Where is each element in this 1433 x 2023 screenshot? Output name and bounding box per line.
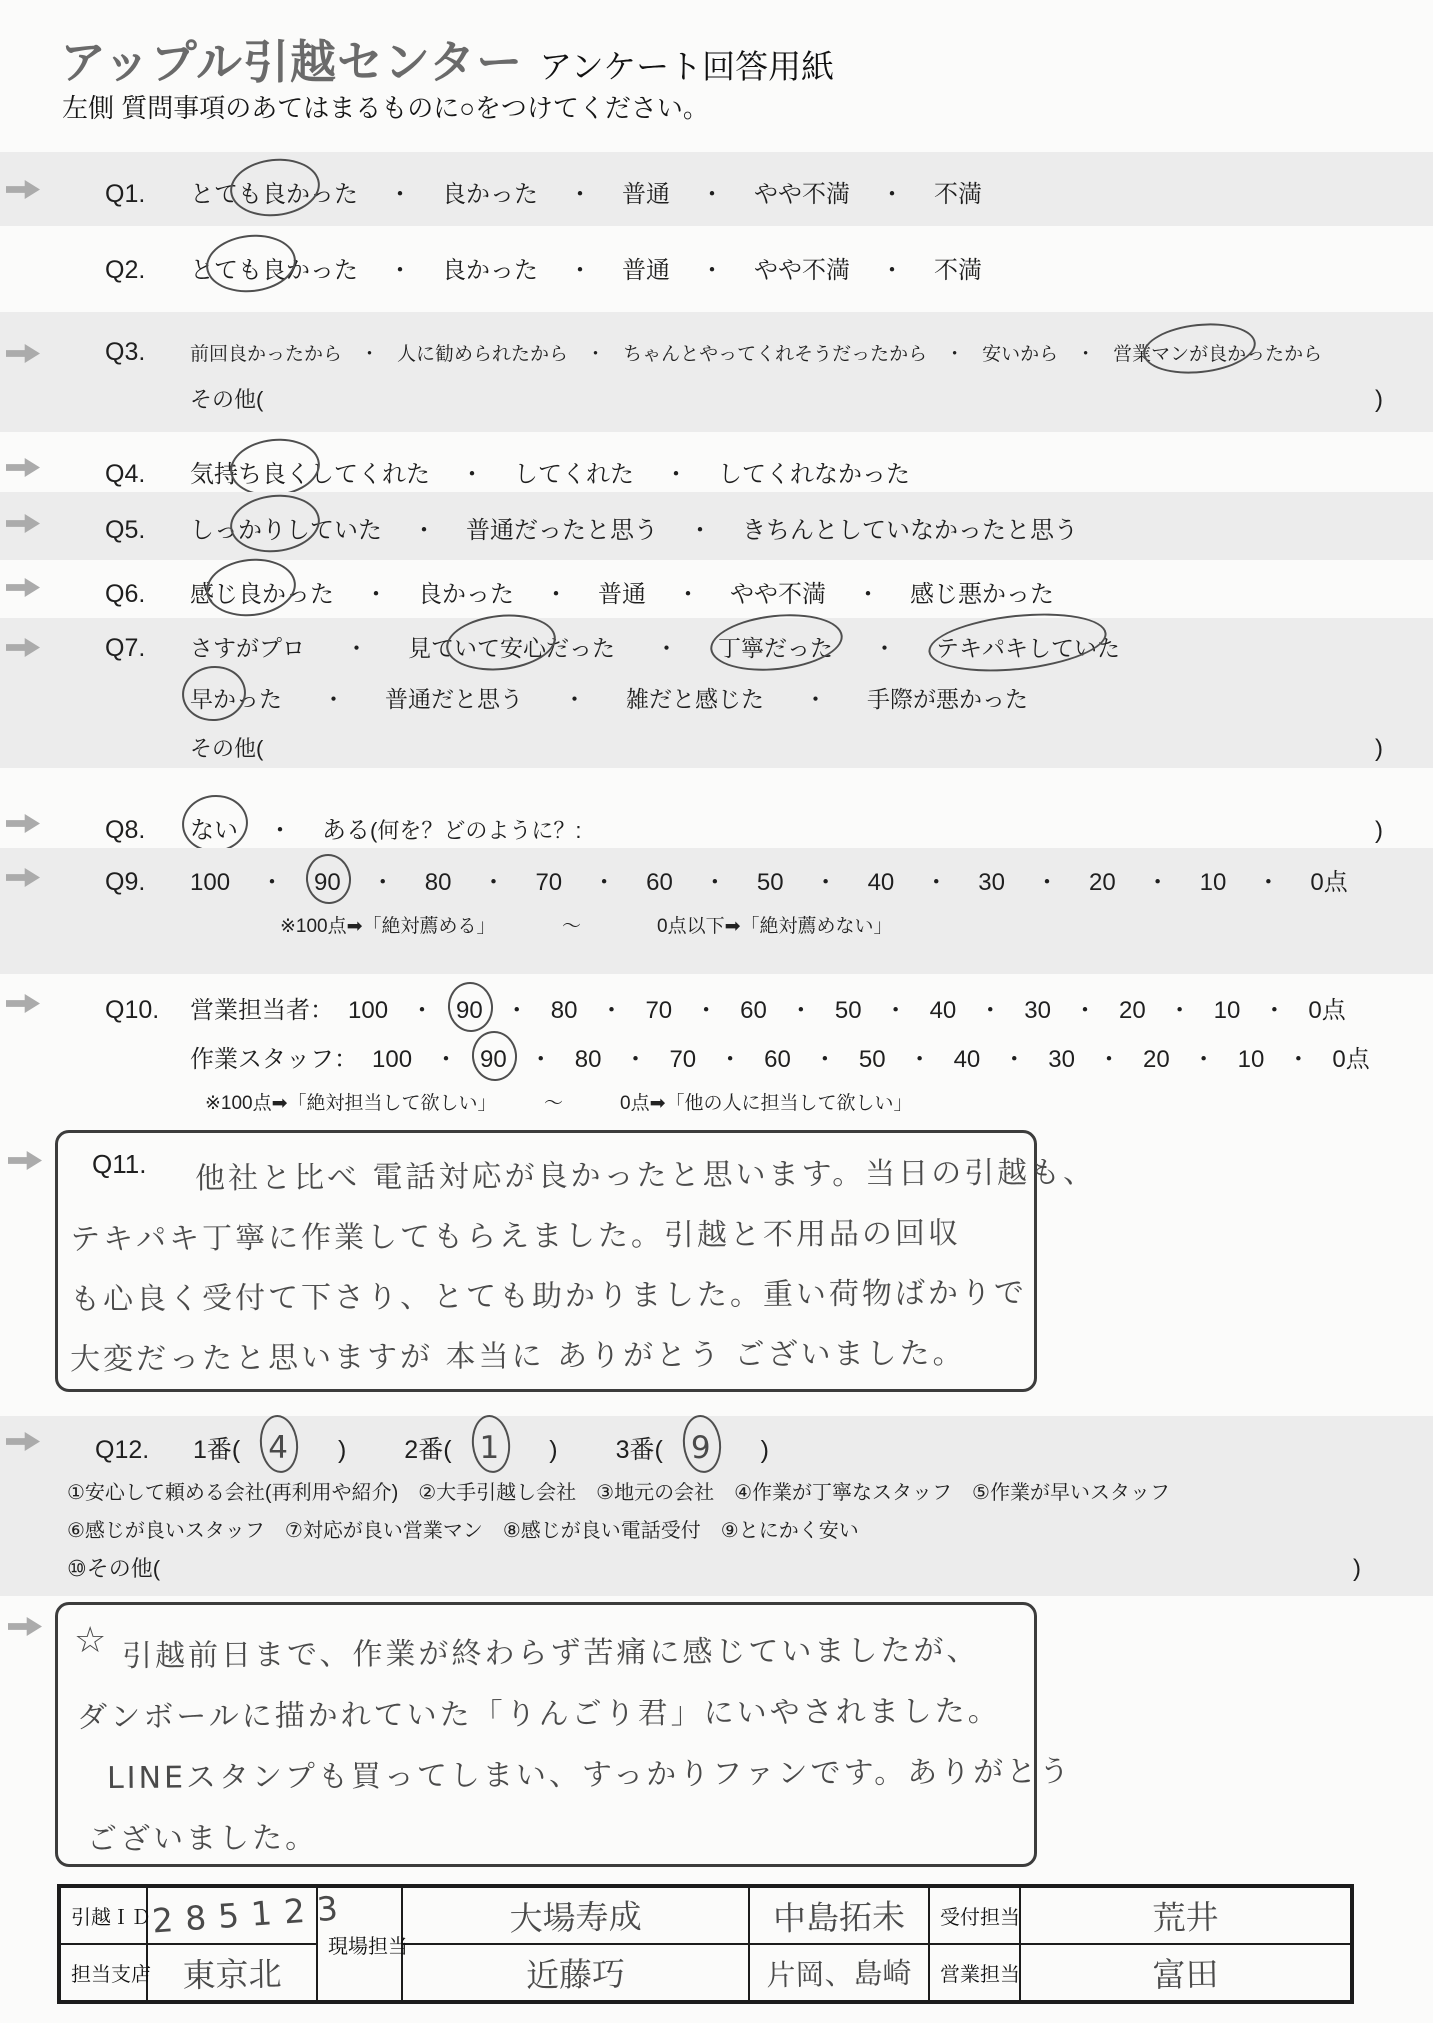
answer-option[interactable]: 40 [868,869,895,897]
pointer-arrow-icon [8,1151,42,1170]
option-separator: ・ [924,862,948,897]
pointer-arrow-icon [6,1432,40,1451]
option-separator: ・ [856,574,880,609]
option-separator: ・ [1146,862,1170,897]
question-row: Q2.とても良かった・良かった・普通・やや不満・不満 [105,250,1383,285]
question-row: Q1.とても良かった・良かった・普通・やや不満・不満 [105,174,1383,209]
option-separator: ・ [676,574,700,609]
question-q10: Q10.営業担当者：100・90・80・70・60・50・40・30・20・10… [0,984,1433,1124]
option-separator: ・ [410,990,434,1025]
option-separator: ・ [412,510,436,545]
pointer-arrow-icon [6,814,40,833]
pointer-arrow-icon [6,514,40,533]
option-separator: ・ [1262,990,1286,1025]
question-q7: Q7.さすがプロ・見ていて安心だった・丁寧だった・テキパキしていた早かった・普通… [0,618,1433,768]
answer-option[interactable]: 手際が悪かった [867,681,1028,714]
question-id: Q8. [105,816,190,845]
answer-option[interactable]: 安いから [982,339,1058,366]
option-separator: ・ [434,1039,458,1074]
pointer-arrow-icon [6,458,40,477]
answer-option[interactable]: 普通 [598,574,646,609]
answer-option[interactable]: ない [190,810,238,845]
close-paren: ) [1353,1550,1361,1588]
answer-option[interactable]: 0点 [1308,990,1345,1025]
answer-option[interactable]: 90 [456,997,483,1025]
question-q8: Q8.ない・ある(何を？どのように？:) [0,800,1433,848]
answer-option[interactable]: 気持ち良くしてくれた [190,454,430,489]
handwritten-circle-mark: ても良 [214,250,286,285]
site-staff-name: 片岡、島崎 [749,1942,930,2003]
q12-ranking-answers: 1番(4)2番(1)3番(9) [193,1430,827,1466]
question-q2: Q2.とても良かった・良かった・普通・やや不満・不満 [0,238,1433,294]
question-id: Q1. [105,180,190,209]
answer-option[interactable]: 丁寧だった [718,630,833,663]
scale-note: ※100点➡「絶対担当して欲しい」 ～ 0点➡「他の人に担当して欲しい」 [205,1088,913,1115]
option-separator: ・ [718,1039,742,1074]
free-handwritten-comment: 引越前日まで、作業が終わらず苦痛に感じていましたが、ダンボールに描かれていた「り… [72,1623,1014,1867]
answer-option[interactable]: 見ていて安心だった [408,630,615,663]
pointer-arrow-icon [6,344,40,363]
handwritten-line: LINEスタンプも買ってしまい、すっかりファンです。ありがとう [72,1742,1014,1810]
option-separator: ・ [1097,1039,1121,1074]
other-open: その他( [190,732,263,763]
q12-rank-answer[interactable]: 4 [268,1430,288,1466]
question-q6: Q6.感じ良かった・良かった・普通・やや不満・感じ悪かった [0,566,1433,612]
question-id: Q3. [105,338,190,367]
handwritten-line: ダンボールに描かれていた「りんごり君」にいやされました。 [72,1681,1014,1749]
answer-option[interactable]: 営業マンが良かったから [1113,339,1322,366]
handwritten-line: 引越前日まで、作業が終わらず苦痛に感じていましたが、 [72,1620,1014,1688]
answer-option[interactable]: 0点 [1310,862,1347,897]
sales-staff-value: 富田 [1020,1941,1353,2005]
answer-option[interactable]: 20 [1143,1046,1170,1074]
handwritten-circle-mark: マンが良か [1151,339,1246,366]
pointer-arrow-icon [6,180,40,199]
answer-option[interactable]: 20 [1119,997,1146,1025]
option-separator: ・ [880,174,904,209]
question-id: Q4. [105,460,190,489]
question-id: Q7. [105,634,190,663]
answer-option[interactable]: 50 [859,1046,886,1074]
answer-option[interactable]: 100 [190,869,230,897]
option-separator: ・ [694,990,718,1025]
table-row: 引越ＩＤ 285123 現場担当 大場寿成 中島拓未 受付担当 荒井 [59,1886,1352,1944]
option-separator: ・ [586,339,605,366]
reception-staff-label: 受付担当 [929,1886,1020,1944]
question-row: Q9.100・90・80・70・60・50・40・30・20・10・0点 [105,862,1383,897]
question-id: Q12. [95,1436,193,1465]
question-q1: Q1.とても良かった・良かった・普通・やや不満・不満 [0,152,1433,226]
q12-rank-label: 2番( [404,1436,451,1464]
q12-rank-label: 1番( [193,1436,240,1464]
q12-rank-answer[interactable]: 1 [480,1430,500,1466]
pointer-arrow-icon [6,994,40,1013]
option-separator: ・ [345,630,368,663]
handwritten-circle-mark: テキパキしてい [936,630,1097,663]
option-separator: ・ [322,681,345,714]
answer-option[interactable]: テキパキしていた [936,630,1120,663]
close-paren: ) [1375,386,1383,414]
answer-option[interactable]: 30 [1024,997,1051,1025]
answer-option[interactable]: 10 [1238,1046,1265,1074]
pointer-arrow-icon [6,868,40,887]
answer-option[interactable]: 10 [1214,997,1241,1025]
option-separator: ・ [1035,862,1059,897]
answer-option[interactable]: 普通だったと思う [466,510,658,545]
close-paren: ) [1375,817,1383,845]
answer-option[interactable]: やや不満 [754,174,850,209]
question-row: 早かった・普通だと思う・雑だと感じた・手際が悪かった [105,681,1383,714]
question-row: Q7.さすがプロ・見ていて安心だった・丁寧だった・テキパキしていた [105,630,1383,663]
staff-info-table: 引越ＩＤ 285123 現場担当 大場寿成 中島拓未 受付担当 荒井 担当支店 … [57,1884,1354,2004]
answer-option[interactable]: きちんとしていなかったと思う [742,510,1078,545]
sales-staff-label: 営業担当 [929,1944,1020,2002]
branch-value: 東京北 [147,1943,318,2004]
answer-option[interactable]: やや不満 [754,250,850,285]
option-separator: ・ [908,1039,932,1074]
option-separator: ・ [505,990,529,1025]
answer-option[interactable]: 50 [835,997,862,1025]
option-separator: ・ [599,990,623,1025]
scale-note: ※100点➡「絶対薦める」 ～ 0点以下➡「絶対薦めない」 [280,911,893,938]
site-staff-name: 中島拓未 [749,1884,930,1945]
answer-option[interactable]: 0点 [1332,1039,1369,1074]
question-row: Q4.気持ち良くしてくれた・してくれた・してくれなかった [105,454,1383,489]
answer-option[interactable]: 感じ悪かった [910,574,1054,609]
answer-option[interactable]: 60 [764,1046,791,1074]
question-q9: Q9.100・90・80・70・60・50・40・30・20・10・0点※100… [0,848,1433,974]
handwritten-circle-mark: じ良か [214,574,286,609]
question-row: Q6.感じ良かった・良かった・普通・やや不満・感じ悪かった [105,574,1383,609]
handwritten-circle-mark: 90 [480,1046,507,1074]
question-row: Q8.ない・ある(何を？どのように？:) [105,810,1383,845]
option-separator: ・ [592,862,616,897]
other-open: その他( [190,383,263,414]
option-separator: ・ [623,1039,647,1074]
other-open: (何を？どのように？: [370,814,581,845]
site-staff-name: 大場寿成 [402,1883,750,1947]
option-separator: ・ [364,574,388,609]
answer-option[interactable]: 30 [1048,1046,1075,1074]
option-separator: ・ [388,250,412,285]
option-separator: ・ [563,681,586,714]
option-separator: ・ [388,174,412,209]
handwritten-line: ございました。 [72,1803,1014,1871]
question-row: その他() [105,383,1383,414]
option-separator: ・ [945,339,964,366]
handwritten-line: テキパキ丁寧に作業してもらえました。引越と不用品の回収 [70,1204,1014,1271]
close-paren: ) [338,1436,346,1464]
answer-option[interactable]: とても良かった [190,174,358,209]
option-separator: ・ [371,862,395,897]
option-separator: ・ [1076,339,1095,366]
answer-option[interactable]: 雑だと感じた [626,681,764,714]
option-separator: ・ [789,990,813,1025]
answer-option[interactable]: 70 [669,1046,696,1074]
answer-option[interactable]: 普通 [622,250,670,285]
option-separator: ・ [360,339,379,366]
handwritten-line: 大変だったと思いますが 本当に ありがとう ございました。 [70,1324,1014,1391]
option-separator: ・ [544,574,568,609]
option-separator: ・ [814,862,838,897]
site-staff-name: 近藤巧 [402,1941,750,2005]
question-id: Q6. [105,580,190,609]
answer-option[interactable]: やや不満 [730,574,826,609]
option-separator: ・ [813,1039,837,1074]
option-separator: ・ [268,810,292,845]
question-row: Q3.前回良かったから・人に勧められたから・ちゃんとやってくれそうだったから・安… [105,338,1383,367]
handwritten-circle-mark: ない [190,810,238,845]
question-q12: Q12. 1番(4)2番(1)3番(9) ①安心して頼める会社(再利用や紹介) … [0,1416,1433,1596]
question-id: Q10. [105,996,190,1025]
handwritten-circle-mark: も良か [238,174,310,209]
answer-option[interactable]: 感じ良かった [190,574,334,609]
question-q5: Q5.しっかりしていた・普通だったと思う・きちんとしていなかったと思う [0,492,1433,560]
answer-option[interactable]: さすがプロ [190,630,305,663]
option-separator: ・ [884,990,908,1025]
page-header: アップル引越センターアンケート回答用紙 [60,26,834,92]
answer-option[interactable]: 50 [757,869,784,897]
score-row-prefix: 営業担当者： [190,990,334,1025]
close-paren: ) [549,1436,557,1464]
answer-option[interactable]: 早かった [190,681,282,714]
answer-option[interactable]: しっかりしていた [190,510,382,545]
answer-option[interactable]: 10 [1200,869,1227,897]
answer-option[interactable]: ちゃんとやってくれそうだったから [623,339,927,366]
option-separator: ・ [880,250,904,285]
answer-option[interactable]: 不満 [934,174,982,209]
answer-option[interactable]: 普通 [622,174,670,209]
q12-legend-line: ①安心して頼める会社(再利用や紹介) ②大手引越し会社 ③地元の会社 ④作業が丁… [67,1474,1373,1512]
q12-legend: ①安心して頼める会社(再利用や紹介) ②大手引越し会社 ③地元の会社 ④作業が丁… [95,1474,1373,1550]
answer-option[interactable]: 良かった [442,250,538,285]
question-id: Q2. [105,256,190,285]
question-row: ※100点➡「絶対薦める」 ～ 0点以下➡「絶対薦めない」 [105,911,1383,938]
answer-option[interactable]: 40 [930,997,957,1025]
answer-option[interactable]: してくれた [514,454,634,489]
option-separator: ・ [260,862,284,897]
question-row: その他() [105,732,1383,763]
answer-option[interactable]: 人に勧められたから [397,339,568,366]
option-separator: ・ [1286,1039,1310,1074]
other-open: ⑩その他( [67,1550,160,1588]
answer-option[interactable]: 不満 [934,250,982,285]
option-separator: ・ [1256,862,1280,897]
answer-option[interactable]: とても良かった [190,250,358,285]
pointer-arrow-icon [6,638,40,657]
answer-option[interactable]: 70 [645,997,672,1025]
option-separator: ・ [568,250,592,285]
handwritten-circle-mark: 90 [314,869,341,897]
score-row-prefix: 作業スタッフ： [190,1039,358,1074]
option-separator: ・ [1192,1039,1216,1074]
answer-option[interactable]: 80 [551,997,578,1025]
q12-rank-label: 3番( [616,1436,663,1464]
free-comment-box: ☆ 引越前日まで、作業が終わらず苦痛に感じていましたが、ダンボールに描かれていた… [55,1602,1037,1867]
option-separator: ・ [1168,990,1192,1025]
question-q11: Q11. 他社と比べ 電話対応が良かったと思います。当日の引越も、テキパキ丁寧に… [55,1130,1037,1392]
question-row: 作業スタッフ：100・90・80・70・60・50・40・30・20・10・0点 [105,1039,1383,1074]
answer-option[interactable]: 80 [575,1046,602,1074]
answer-option[interactable]: 90 [314,869,341,897]
answer-option[interactable]: 20 [1089,869,1116,897]
answer-option[interactable]: 100 [372,1046,412,1074]
q12-legend-line: ⑥感じが良いスタッフ ⑦対応が良い営業マン ⑧感じが良い電話受付 ⑨とにかく安い [67,1512,1373,1550]
answer-option[interactable]: ある [322,810,370,845]
reception-staff-value: 荒井 [1020,1883,1353,1947]
option-separator: ・ [1002,1039,1026,1074]
question-row: ※100点➡「絶対担当して欲しい」 ～ 0点➡「他の人に担当して欲しい」 [105,1088,1383,1115]
answer-option[interactable]: 良かった [418,574,514,609]
option-separator: ・ [529,1039,553,1074]
pointer-arrow-icon [8,1617,42,1636]
option-separator: ・ [700,250,724,285]
answer-option[interactable]: 60 [646,869,673,897]
question-row: Q5.しっかりしていた・普通だったと思う・きちんとしていなかったと思う [105,510,1383,545]
option-separator: ・ [460,454,484,489]
answer-option[interactable]: 70 [535,869,562,897]
question-id: Q5. [105,516,190,545]
handwritten-line: 他社と比べ 電話対応が良かったと思います。当日の引越も、 [70,1144,1014,1211]
answer-option[interactable]: 90 [480,1046,507,1074]
answer-option[interactable]: してくれなかった [718,454,910,489]
option-separator: ・ [978,990,1002,1025]
close-paren: ) [761,1436,769,1464]
handwritten-circle-mark: 90 [456,997,483,1025]
handwritten-line: も心良く受付て下さり、とても助かりました。重い荷物ばかりで [70,1264,1014,1331]
table-row: 担当支店 東京北 近藤巧 片岡、島崎 営業担当 富田 [59,1944,1352,2002]
move-id-label: 引越ＩＤ [59,1886,147,1944]
option-separator: ・ [688,510,712,545]
answer-option[interactable]: 30 [978,869,1005,897]
option-separator: ・ [568,174,592,209]
handwritten-circle-mark: 丁寧だった [718,630,833,663]
answer-option[interactable]: 前回良かったから [190,339,342,366]
question-row: Q10.営業担当者：100・90・80・70・60・50・40・30・20・10… [105,990,1383,1025]
option-separator: ・ [1073,990,1097,1025]
answer-option[interactable]: 100 [348,997,388,1025]
answer-option[interactable]: 40 [954,1046,981,1074]
option-separator: ・ [655,630,678,663]
option-separator: ・ [703,862,727,897]
question-q3: Q3.前回良かったから・人に勧められたから・ちゃんとやってくれそうだったから・安… [0,312,1433,432]
answer-option[interactable]: 80 [425,869,452,897]
q11-handwritten-comment: 他社と比べ 電話対応が良かったと思います。当日の引越も、テキパキ丁寧に作業しても… [70,1147,1014,1387]
handwritten-circle-mark: いて安心 [454,630,546,663]
question-q4: Q4.気持ち良くしてくれた・してくれた・してくれなかった [0,446,1433,492]
branch-label: 担当支店 [59,1944,147,2002]
handwritten-circle-mark: 早か [190,681,236,714]
option-separator: ・ [804,681,827,714]
form-instruction: 左側 質問事項のあてはまるものに○をつけてください。 [62,88,709,125]
answer-option[interactable]: 60 [740,997,767,1025]
option-separator: ・ [481,862,505,897]
question-id: Q9. [105,868,190,897]
q12-rank-answer[interactable]: 9 [691,1430,711,1466]
handwritten-circle-mark: ち良く [238,454,310,489]
close-paren: ) [1375,735,1383,763]
page-title: アンケート回答用紙 [539,48,834,85]
answer-option[interactable]: 普通だと思う [385,681,523,714]
move-id-value: 285123 [145,1880,319,1950]
handwritten-circle-mark: かりし [238,510,310,545]
answer-option[interactable]: 良かった [442,174,538,209]
option-separator: ・ [664,454,688,489]
option-separator: ・ [700,174,724,209]
pointer-arrow-icon [6,578,40,597]
option-separator: ・ [873,630,896,663]
brand-logo-text: アップル引越センター [60,36,523,88]
